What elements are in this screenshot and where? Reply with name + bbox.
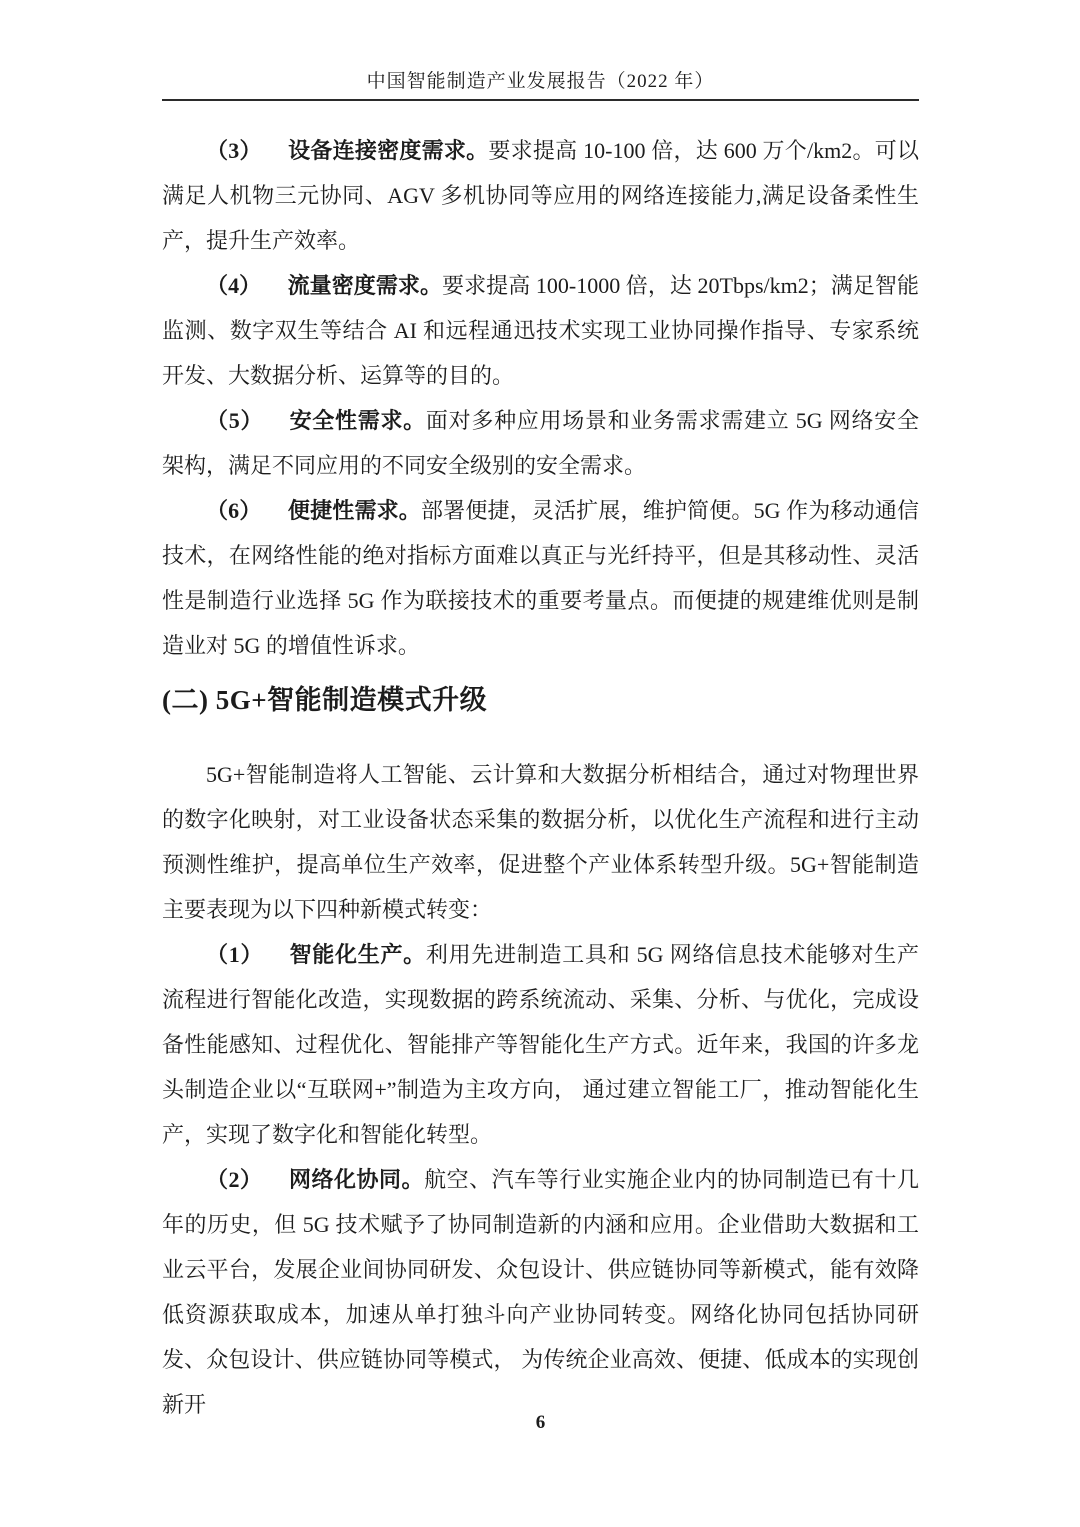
item-body-text: 要求提高 10-100 倍，达 600 万个/km2。可以满足人机物三元协同、A… [162, 138, 919, 253]
item-lead: 流量密度需求。 [288, 273, 442, 298]
paragraph-requirement-4: （4）流量密度需求。要求提高 100-1000 倍，达 20Tbps/km2；满… [162, 263, 919, 398]
item-lead: 网络化协同。 [289, 1167, 424, 1192]
paragraph-section-intro: 5G+智能制造将人工智能、云计算和大数据分析相结合，通过对物理世界的数字化映射，… [162, 752, 919, 932]
paragraph-mode-1: （1）智能化生产。利用先进制造工具和 5G 网络信息技术能够对生产流程进行智能化… [162, 932, 919, 1157]
item-lead: 便捷性需求。 [288, 498, 421, 523]
header-divider [162, 99, 919, 101]
paragraph-mode-2: （2）网络化协同。航空、汽车等行业实施企业内的协同制造已有十几年的历史，但 5G… [162, 1157, 919, 1427]
report-title: 中国智能制造产业发展报告（2022 年） [162, 70, 919, 99]
item-number: （5） [206, 408, 263, 433]
item-lead: 设备连接密度需求。 [288, 138, 488, 163]
item-lead: 智能化生产。 [290, 942, 426, 967]
paragraph-requirement-5: （5）安全性需求。面对多种应用场景和业务需求需建立 5G 网络安全架构，满足不同… [162, 398, 919, 488]
item-number: （6） [206, 498, 262, 523]
item-body-text: 航空、汽车等行业实施企业内的协同制造已有十几年的历史，但 5G 技术赋予了协同制… [162, 1167, 919, 1417]
section-heading: (二) 5G+智能制造模式升级 [162, 681, 919, 719]
item-body-text: 部署便捷，灵活扩展，维护简便。5G 作为移动通信技术，在网络性能的绝对指标方面难… [162, 498, 919, 658]
item-number: （2） [206, 1167, 263, 1192]
page-header: 中国智能制造产业发展报告（2022 年） [162, 70, 919, 101]
paragraph-requirement-3: （3）设备连接密度需求。要求提高 10-100 倍，达 600 万个/km2。可… [162, 128, 919, 263]
document-body: （3）设备连接密度需求。要求提高 10-100 倍，达 600 万个/km2。可… [162, 128, 919, 1427]
item-number: （4） [206, 273, 261, 298]
item-lead: 安全性需求。 [290, 408, 426, 433]
item-body-text: 要求提高 100-1000 倍，达 20Tbps/km2；满足智能监测、数字双生… [162, 273, 919, 388]
item-number: （3） [206, 138, 262, 163]
item-body-text: 面对多种应用场景和业务需求需建立 5G 网络安全架构，满足不同应用的不同安全级别… [162, 408, 919, 478]
item-body-text: 利用先进制造工具和 5G 网络信息技术能够对生产流程进行智能化改造，实现数据的跨… [162, 942, 919, 1147]
page-number: 6 [162, 1412, 919, 1434]
paragraph-requirement-6: （6）便捷性需求。部署便捷，灵活扩展，维护简便。5G 作为移动通信技术，在网络性… [162, 488, 919, 668]
item-number: （1） [206, 942, 263, 967]
